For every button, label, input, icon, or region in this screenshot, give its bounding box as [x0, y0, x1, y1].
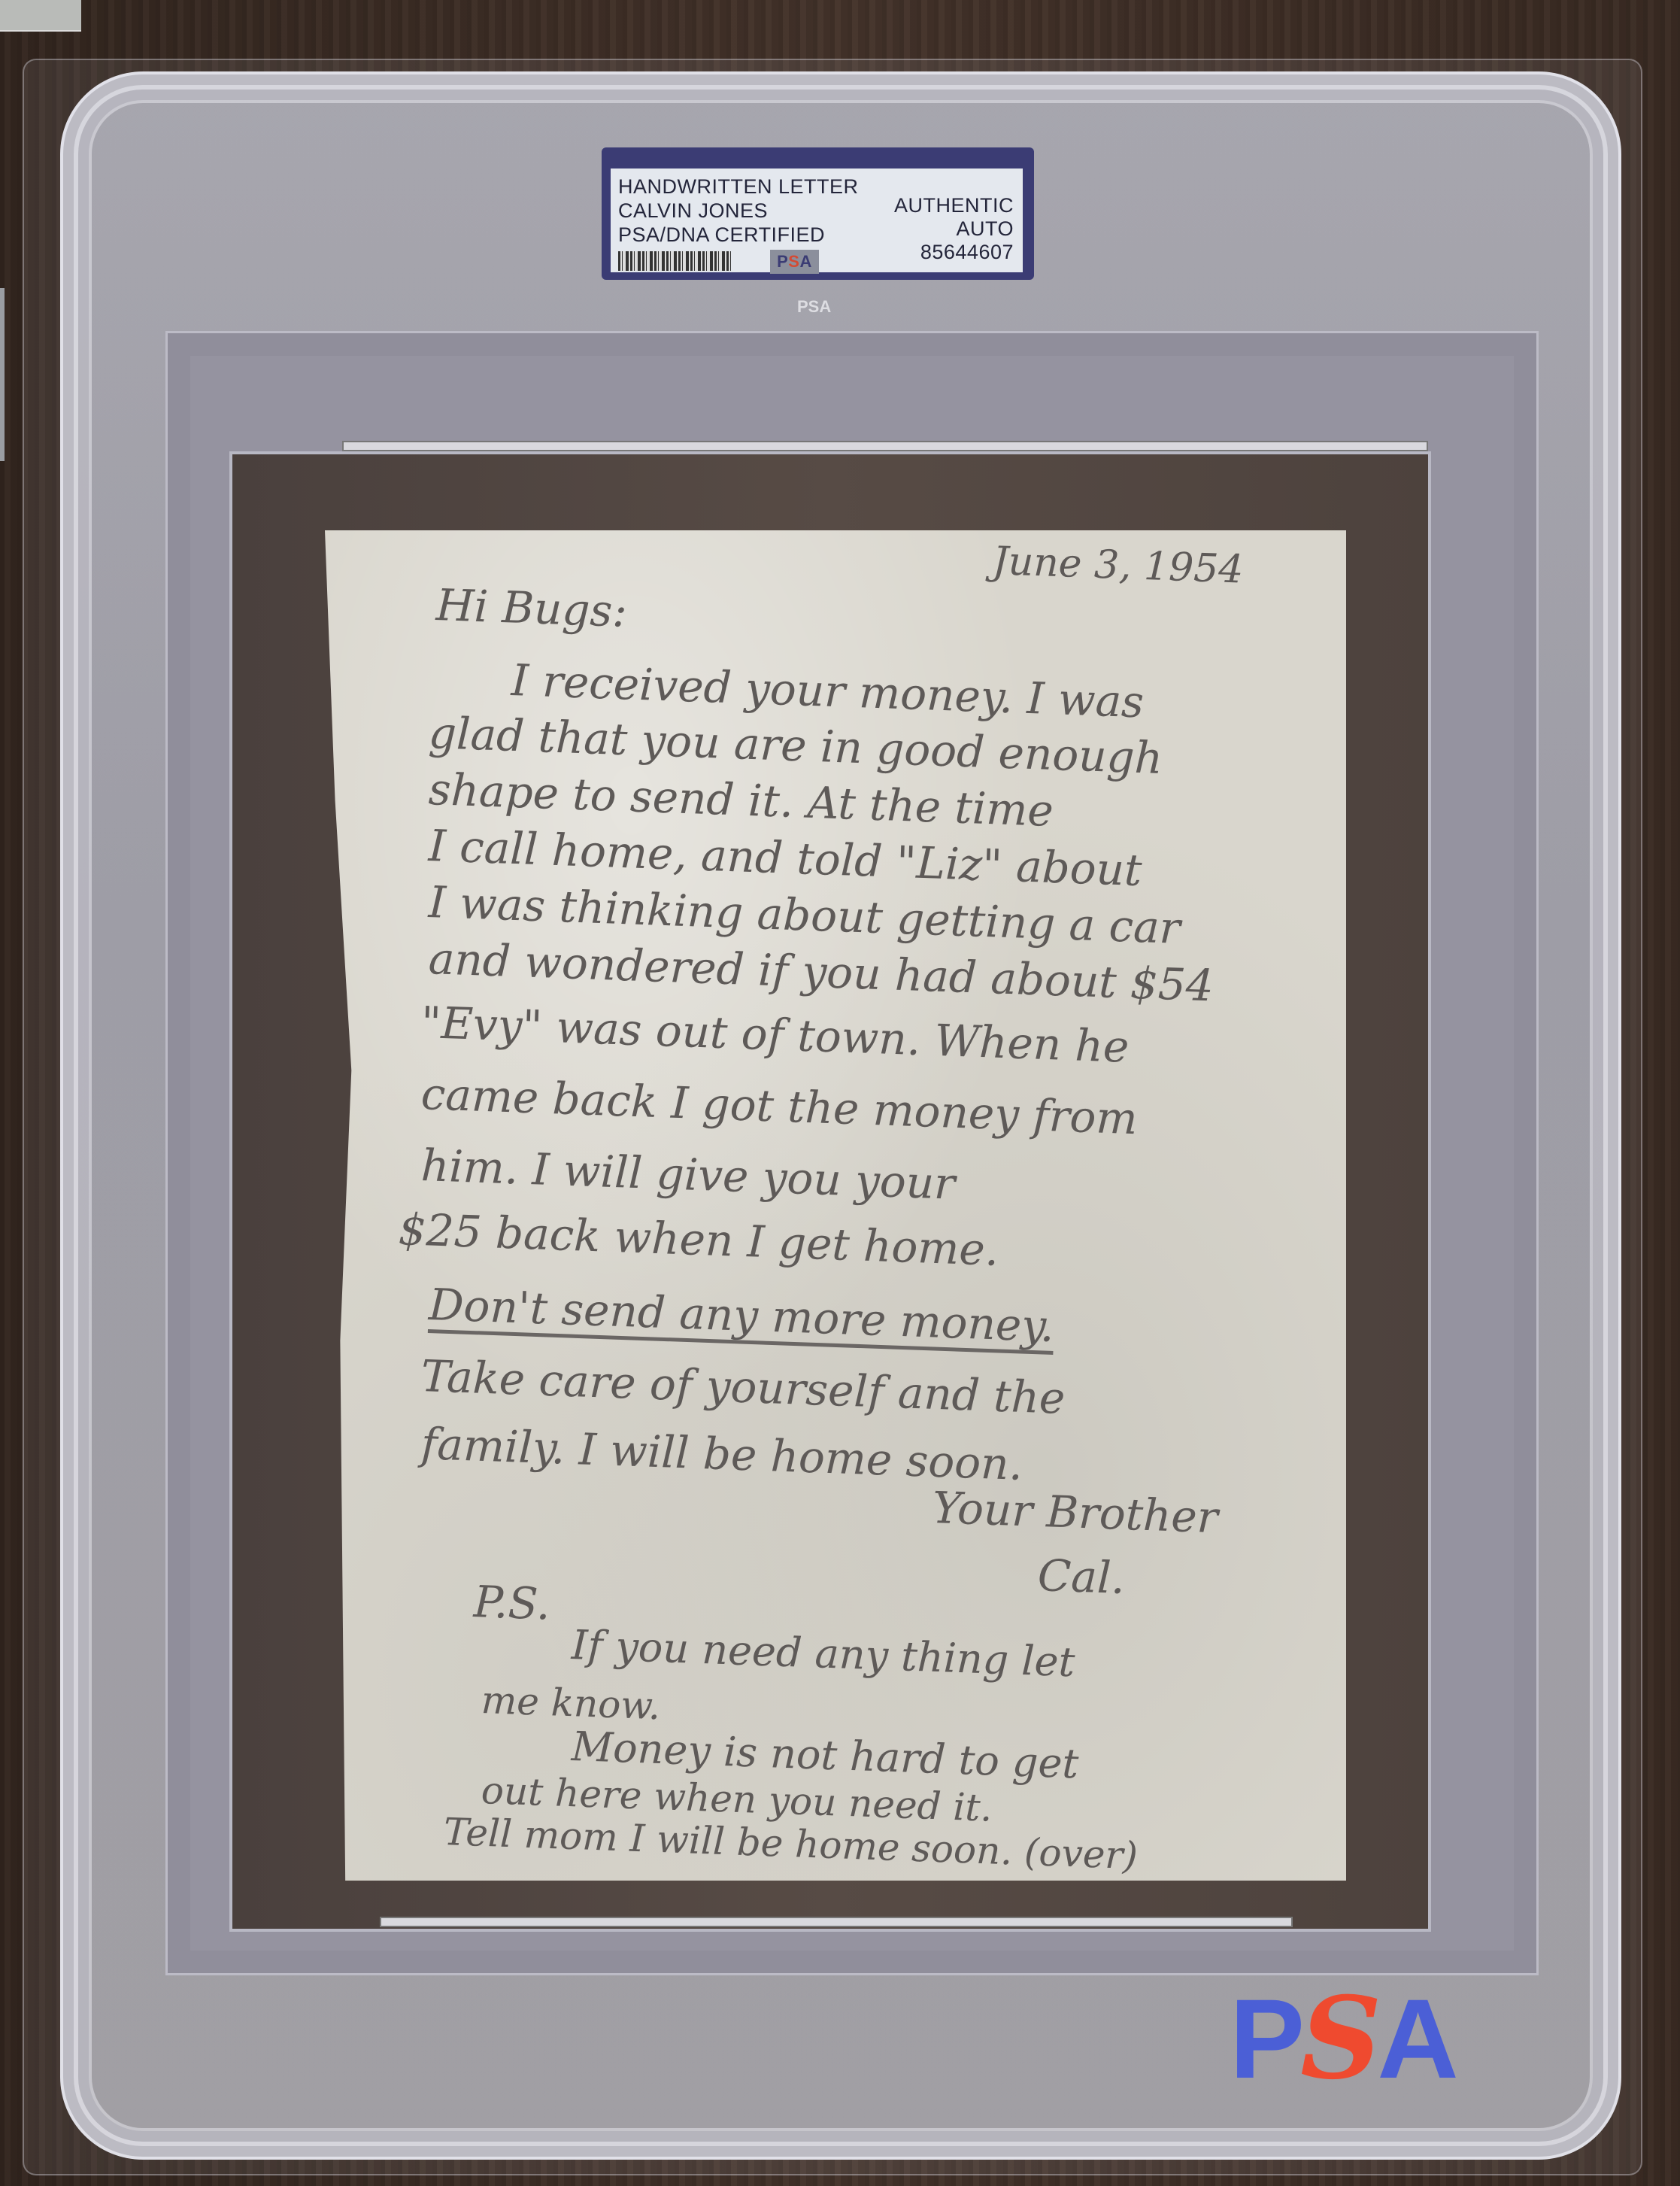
label-right-column: AUTHENTIC AUTO 85644607	[894, 194, 1014, 264]
letter-date: June 3, 1954	[992, 542, 1244, 590]
embossed-psa-mark: PSA	[797, 297, 831, 317]
letter-salutation: Hi Bugs:	[435, 583, 628, 633]
mini-logo-a: A	[799, 252, 811, 271]
label-certification: PSA/DNA CERTIFIED	[618, 223, 859, 247]
psa-mini-logo-icon: PSA	[770, 250, 819, 274]
ps-line: me know.	[481, 1681, 661, 1725]
label-status: AUTHENTIC	[894, 194, 1014, 217]
label-item-type: HANDWRITTEN LETTER	[618, 175, 859, 199]
logo-p: P	[1230, 1975, 1300, 2102]
mini-logo-p: P	[777, 252, 788, 271]
label-cert-number: 85644607	[894, 241, 1014, 264]
mat-holder-top	[342, 441, 1428, 451]
label-left-column: HANDWRITTEN LETTER CALVIN JONES PSA/DNA …	[618, 175, 859, 247]
certification-label: HANDWRITTEN LETTER CALVIN JONES PSA/DNA …	[602, 147, 1034, 280]
mini-logo-s: S	[788, 252, 799, 271]
letter-closing: Your Brother	[932, 1486, 1218, 1539]
ps-label: P.S.	[473, 1580, 551, 1626]
label-subject: CALVIN JONES	[618, 199, 859, 223]
label-grade: AUTO	[894, 217, 1014, 241]
background-photo-edge	[0, 0, 81, 32]
background-object-edge	[0, 288, 5, 461]
logo-s: S	[1300, 1972, 1377, 2105]
letter-signature: Cal.	[1037, 1553, 1126, 1600]
barcode-icon	[618, 251, 731, 271]
psa-logo-icon: PSA	[1230, 1982, 1454, 2095]
mat-holder-bottom	[380, 1917, 1293, 1927]
logo-a: A	[1377, 1975, 1454, 2102]
label-body: HANDWRITTEN LETTER CALVIN JONES PSA/DNA …	[611, 169, 1023, 272]
